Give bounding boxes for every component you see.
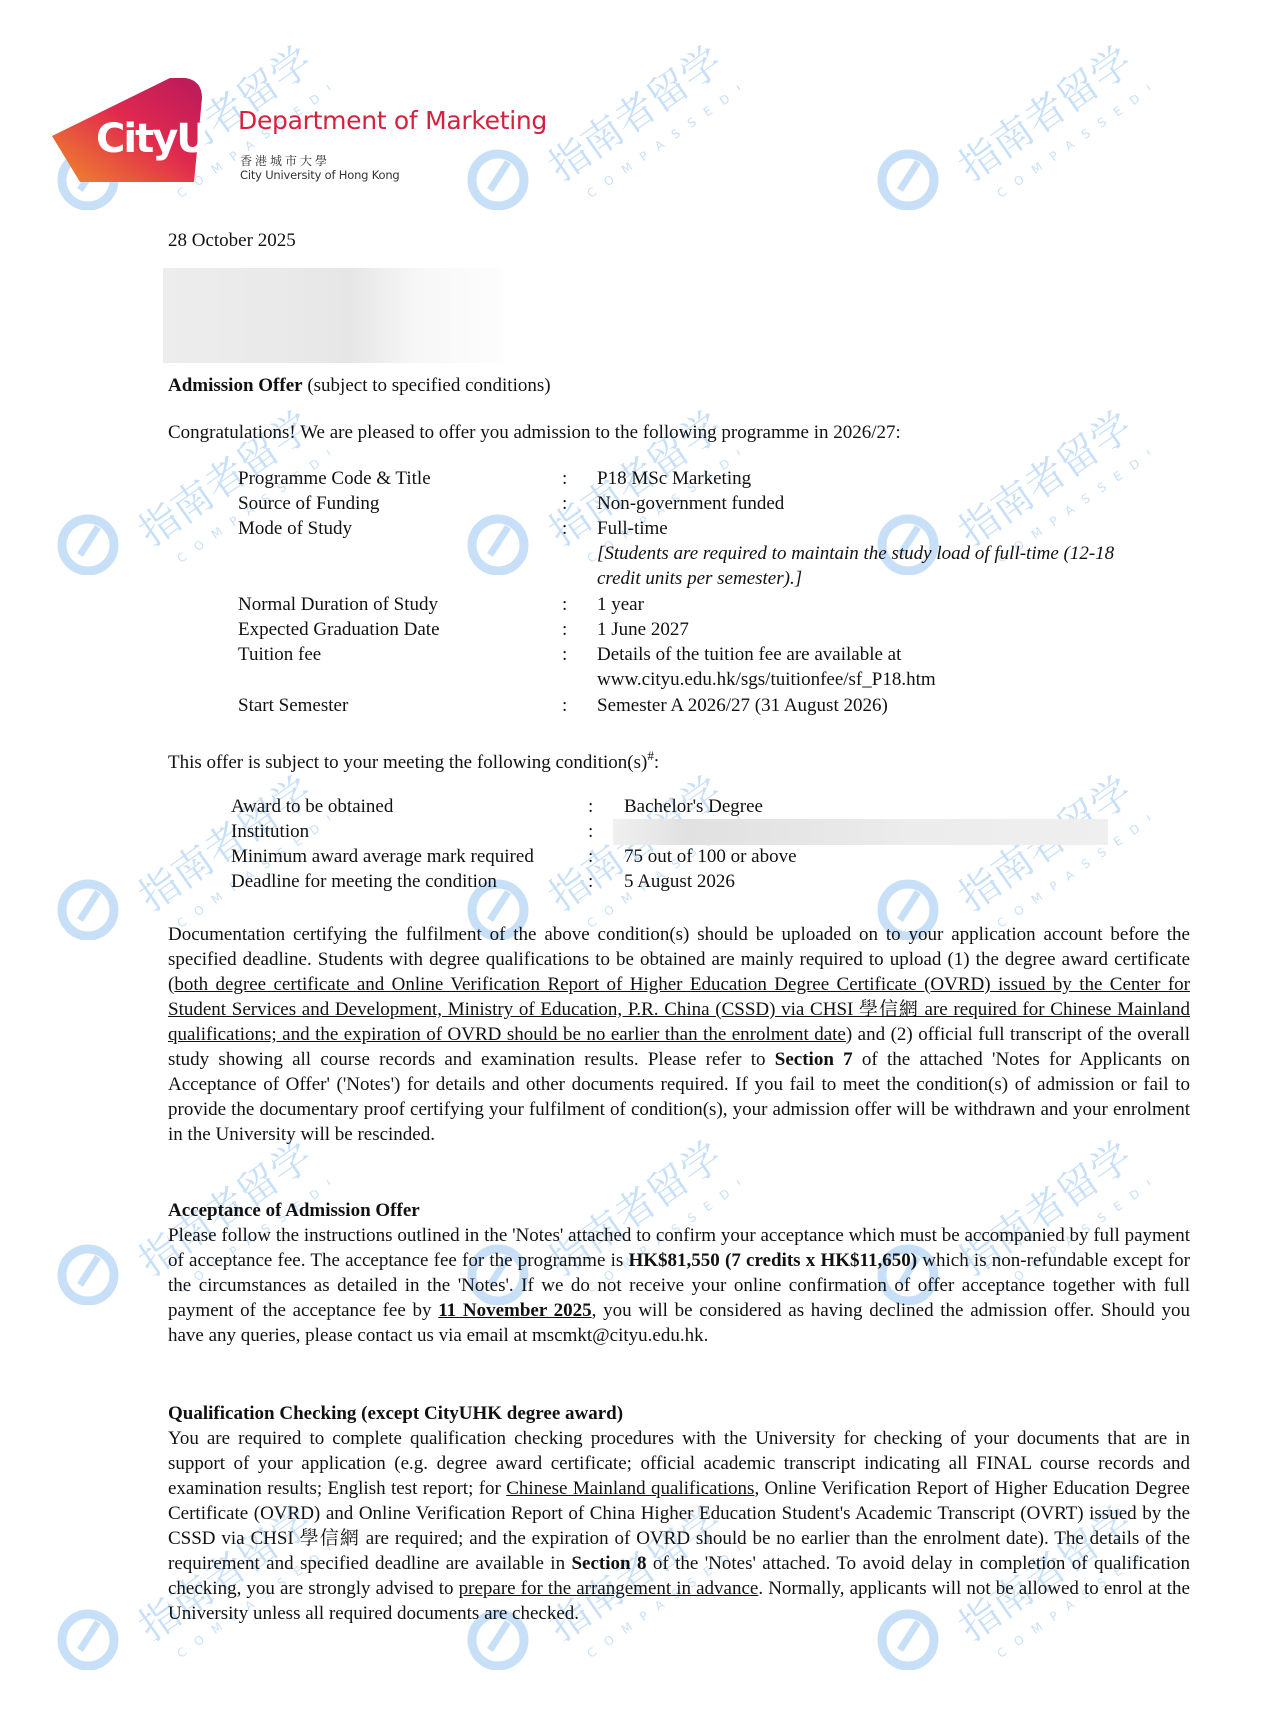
programme-label: Source of Funding [238,491,379,516]
acceptance-fee: HK$81,550 (7 credits x HK$11,650) [628,1250,917,1271]
acceptance-deadline: 11 November 2025 [438,1300,591,1321]
conditions-intro: This offer is subject to your meeting th… [168,743,659,775]
programme-label: Programme Code & Title [238,466,431,491]
watermark-icon: 指南者留学COMPASSEDU [870,770,1150,940]
qualification-title: Qualification Checking (except CityUHK d… [168,1403,623,1424]
programme-label: Start Semester [238,693,348,718]
programme-label: Normal Duration of Study [238,592,438,617]
redacted-institution [613,819,1108,845]
condition-label: Deadline for meeting the condition [231,869,497,894]
programme-label: Tuition fee [238,642,321,667]
department-name: Department of Marketing [238,106,547,135]
university-name-en: City University of Hong Kong [240,168,400,182]
condition-value: 75 out of 100 or above [624,844,797,869]
programme-label: Expected Graduation Date [238,617,440,642]
cityu-logo-icon: CityU [52,78,222,182]
qualification-section: Qualification Checking (except CityUHK d… [168,1401,1190,1626]
acceptance-section: Acceptance of Admission Offer Please fol… [168,1198,1190,1348]
svg-text:COMPASSEDU: COMPASSEDU [584,73,740,201]
separator-colon: : [588,819,593,844]
section-7-reference: Section 7 [775,1049,853,1070]
svg-text:CityU: CityU [96,116,207,162]
section-8-reference: Section 8 [571,1553,646,1574]
letter-date: 28 October 2025 [168,228,296,253]
university-name-zh: 香港城市大學 [240,152,330,169]
programme-value: Details of the tuition fee are available… [597,642,901,667]
separator-colon: : [562,466,567,491]
programme-label: Mode of Study [238,516,352,541]
separator-colon: : [562,642,567,667]
svg-text:指南者留学: 指南者留学 [951,770,1141,921]
separator-colon: : [588,844,593,869]
condition-label: Minimum award average mark required [231,844,534,869]
offer-heading: Admission Offer (subject to specified co… [168,373,551,398]
programme-value: 1 year [597,592,644,617]
redacted-recipient-address [163,268,503,363]
separator-colon: : [562,693,567,718]
separator-colon: : [562,592,567,617]
svg-text:指南者留学: 指南者留学 [951,405,1141,556]
condition-label: Award to be obtained [231,794,393,819]
prepare-arrangement-link[interactable]: prepare for the arrangement in advance [459,1578,759,1599]
offer-heading-title: Admission Offer [168,375,303,396]
offer-letter-page: 指南者留学COMPASSEDU指南者留学COMPASSEDU指南者留学COMPA… [0,0,1270,1712]
separator-colon: : [562,491,567,516]
study-load-note: [Students are required to maintain the s… [597,541,1114,566]
acceptance-title: Acceptance of Admission Offer [168,1200,420,1221]
study-load-note: credit units per semester).] [597,566,802,591]
separator-colon: : [562,516,567,541]
programme-value: Semester A 2026/27 (31 August 2026) [597,693,888,718]
separator-colon: : [588,794,593,819]
watermark-icon: 指南者留学COMPASSEDU [870,40,1150,210]
separator-colon: : [562,617,567,642]
programme-value: P18 MSc Marketing [597,466,751,491]
programme-value: Non-government funded [597,491,784,516]
conditions-intro-colon: : [654,752,659,773]
programme-value: 1 June 2027 [597,617,689,642]
programme-value: Full-time [597,516,668,541]
chinese-mainland-qualifications-link[interactable]: Chinese Mainland qualifications [506,1478,754,1499]
condition-value: Bachelor's Degree [624,794,763,819]
contact-email-link[interactable]: mscmkt@cityu.edu.hk [532,1325,704,1346]
separator-colon: : [588,869,593,894]
tuition-fee-url: www.cityu.edu.hk/sgs/tuitionfee/sf_P18.h… [597,667,936,692]
svg-text:指南者留学: 指南者留学 [541,40,731,191]
conditions-intro-text: This offer is subject to your meeting th… [168,752,647,773]
congratulations-text: Congratulations! We are pleased to offer… [168,420,901,445]
svg-text:指南者留学: 指南者留学 [951,40,1141,191]
svg-text:COMPASSEDU: COMPASSEDU [994,73,1150,201]
offer-heading-subtitle: (subject to specified conditions) [303,375,551,396]
condition-value: 5 August 2026 [624,869,735,894]
condition-label: Institution [231,819,309,844]
documentation-paragraph: Documentation certifying the fulfilment … [168,922,1190,1147]
acceptance-text-4: . [704,1325,709,1346]
